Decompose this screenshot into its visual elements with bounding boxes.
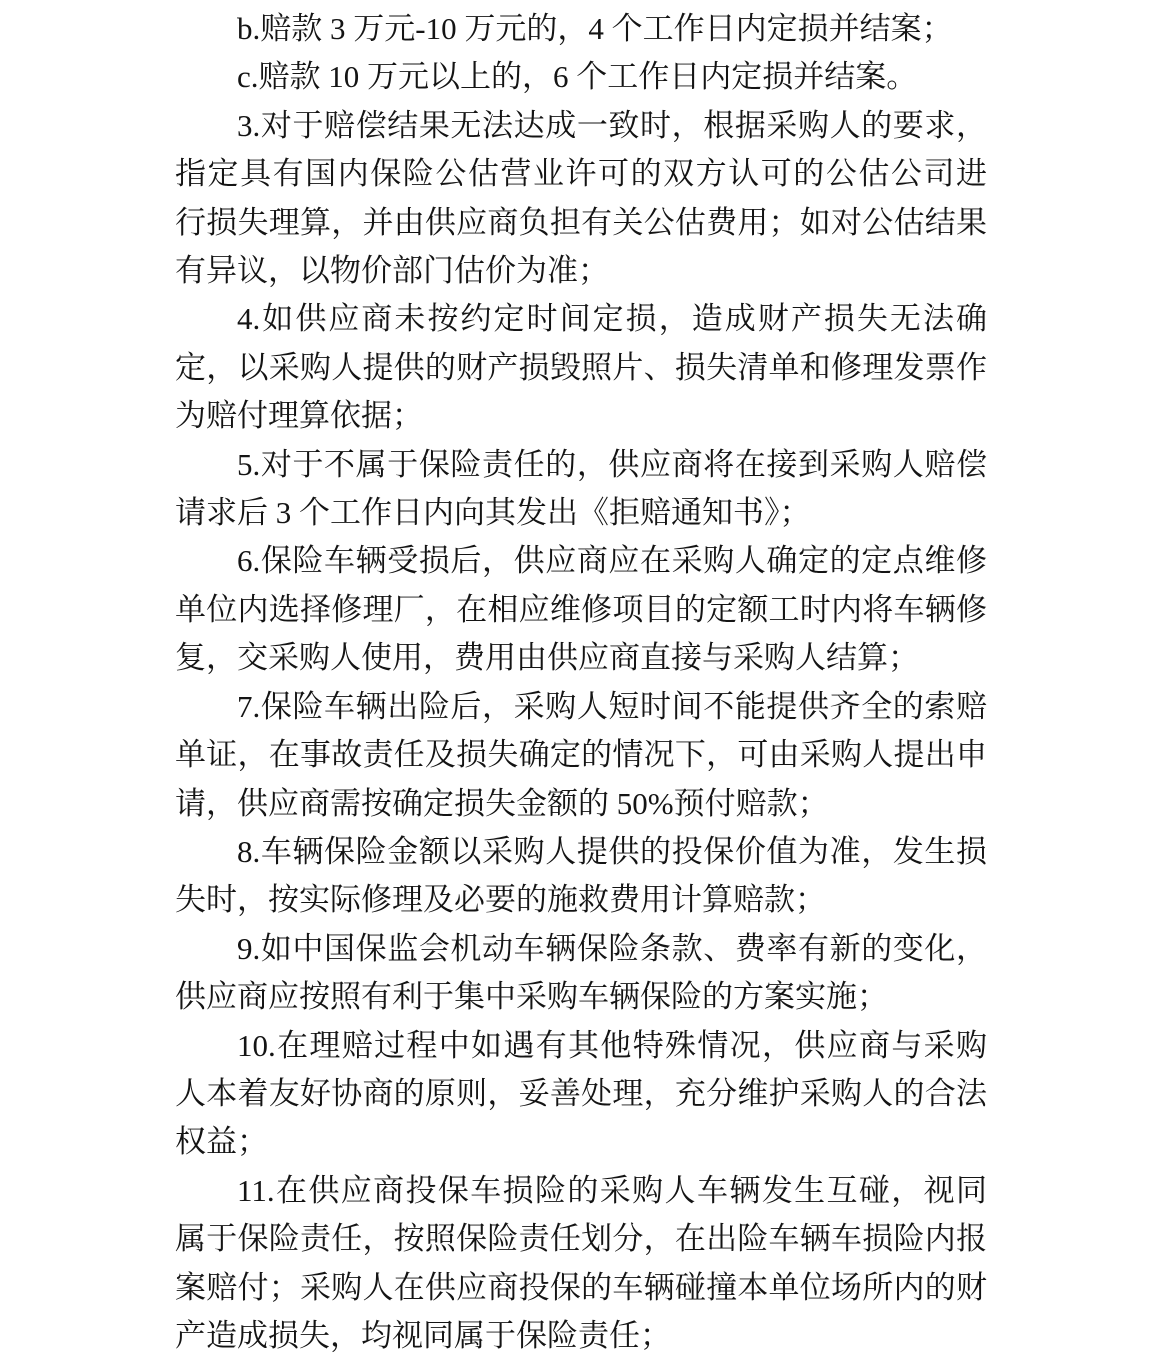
paragraph-clause-11: 11.在供应商投保车损险的采购人车辆发生互碰，视同属于保险责任，按照保险责任划分… [175, 1167, 987, 1361]
paragraph-clause-9: 9.如中国保监会机动车辆保险条款、费率有新的变化，供应商应按照有利于集中采购车辆… [175, 925, 987, 1022]
text-line: 人本着友好协商的原则，妥善处理，充分维护采购人的合法 [175, 1070, 987, 1118]
document-page: b.赔款 3 万元-10 万元的，4 个工作日内定损并结案；c.赔款 10 万元… [0, 0, 1158, 1362]
paragraph-clause-5: 5.对于不属于保险责任的，供应商将在接到采购人赔偿请求后 3 个工作日内向其发出… [175, 441, 987, 538]
text-line: 指定具有国内保险公估营业许可的双方认可的公估公司进 [175, 150, 987, 198]
document-body: b.赔款 3 万元-10 万元的，4 个工作日内定损并结案；c.赔款 10 万元… [0, 0, 1158, 1360]
text-line: 4.如供应商未按约定时间定损，造成财产损失无法确 [175, 295, 987, 343]
text-line: 7.保险车辆出险后，采购人短时间不能提供齐全的索赔 [175, 683, 987, 731]
text-line: 权益； [175, 1118, 987, 1166]
text-line: 单位内选择修理厂，在相应维修项目的定额工时内将车辆修 [175, 586, 987, 634]
paragraph-item-c: c.赔款 10 万元以上的，6 个工作日内定损并结案。 [175, 53, 987, 101]
text-line: 11.在供应商投保车损险的采购人车辆发生互碰，视同 [175, 1167, 987, 1215]
text-line: c.赔款 10 万元以上的，6 个工作日内定损并结案。 [175, 53, 987, 101]
text-line: 行损失理算，并由供应商负担有关公估费用；如对公估结果 [175, 199, 987, 247]
text-line: 请求后 3 个工作日内向其发出《拒赔通知书》； [175, 489, 987, 537]
text-line: b.赔款 3 万元-10 万元的，4 个工作日内定损并结案； [175, 5, 987, 53]
text-line: 10.在理赔过程中如遇有其他特殊情况，供应商与采购 [175, 1022, 987, 1070]
paragraph-clause-8: 8.车辆保险金额以采购人提供的投保价值为准，发生损失时，按实际修理及必要的施救费… [175, 828, 987, 925]
text-line: 请，供应商需按确定损失金额的 50%预付赔款； [175, 780, 987, 828]
paragraph-clause-6: 6.保险车辆受损后，供应商应在采购人确定的定点维修单位内选择修理厂，在相应维修项… [175, 537, 987, 682]
text-line: 为赔付理算依据； [175, 392, 987, 440]
text-line: 供应商应按照有利于集中采购车辆保险的方案实施； [175, 973, 987, 1021]
text-line: 复，交采购人使用，费用由供应商直接与采购人结算； [175, 634, 987, 682]
paragraph-clause-10: 10.在理赔过程中如遇有其他特殊情况，供应商与采购人本着友好协商的原则，妥善处理… [175, 1022, 987, 1167]
text-line: 定，以采购人提供的财产损毁照片、损失清单和修理发票作 [175, 344, 987, 392]
text-line: 8.车辆保险金额以采购人提供的投保价值为准，发生损 [175, 828, 987, 876]
text-line: 9.如中国保监会机动车辆保险条款、费率有新的变化， [175, 925, 987, 973]
paragraph-item-b: b.赔款 3 万元-10 万元的，4 个工作日内定损并结案； [175, 5, 987, 53]
text-line: 5.对于不属于保险责任的，供应商将在接到采购人赔偿 [175, 441, 987, 489]
text-line: 产造成损失，均视同属于保险责任； [175, 1312, 987, 1360]
paragraph-clause-7: 7.保险车辆出险后，采购人短时间不能提供齐全的索赔单证，在事故责任及损失确定的情… [175, 683, 987, 828]
text-line: 3.对于赔偿结果无法达成一致时，根据采购人的要求， [175, 102, 987, 150]
paragraph-clause-4: 4.如供应商未按约定时间定损，造成财产损失无法确定，以采购人提供的财产损毁照片、… [175, 295, 987, 440]
text-line: 失时，按实际修理及必要的施救费用计算赔款； [175, 876, 987, 924]
text-line: 案赔付；采购人在供应商投保的车辆碰撞本单位场所内的财 [175, 1264, 987, 1312]
text-line: 单证，在事故责任及损失确定的情况下，可由采购人提出申 [175, 731, 987, 779]
text-line: 6.保险车辆受损后，供应商应在采购人确定的定点维修 [175, 537, 987, 585]
paragraph-clause-3: 3.对于赔偿结果无法达成一致时，根据采购人的要求，指定具有国内保险公估营业许可的… [175, 102, 987, 296]
text-line: 属于保险责任，按照保险责任划分，在出险车辆车损险内报 [175, 1215, 987, 1263]
text-line: 有异议，以物价部门估价为准； [175, 247, 987, 295]
